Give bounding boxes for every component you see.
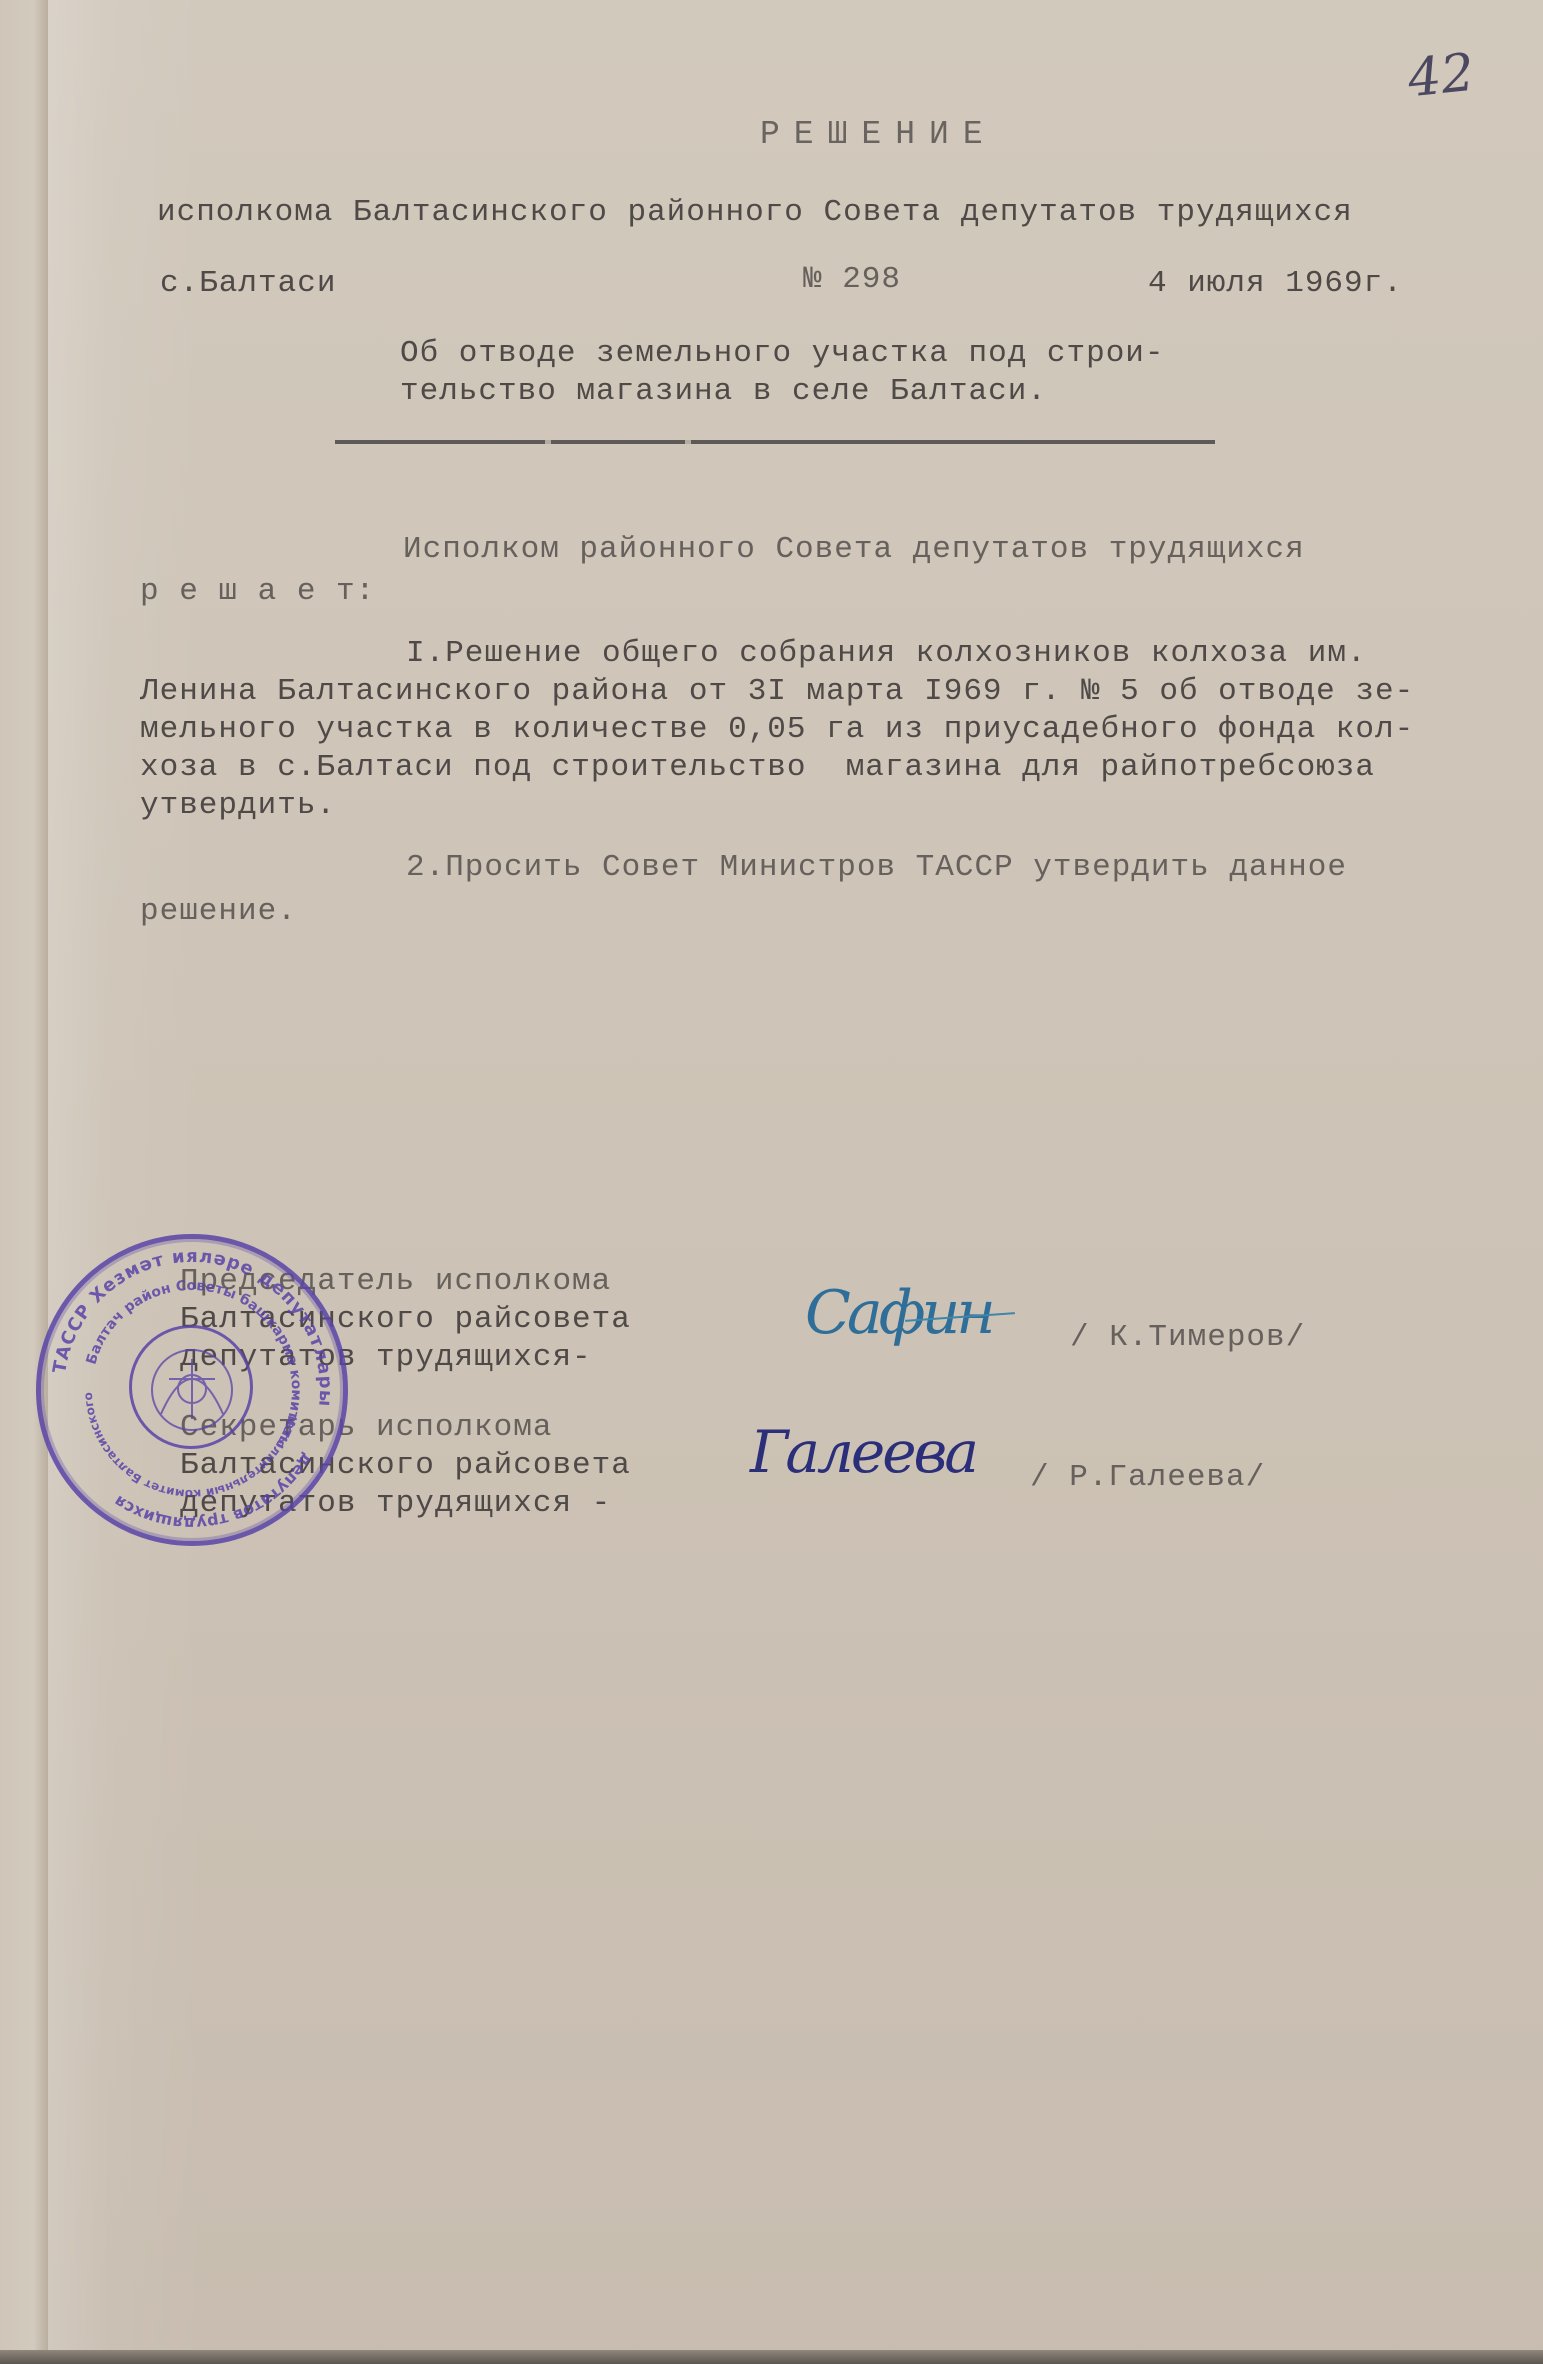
- item1-line-5: утвердить.: [140, 788, 336, 823]
- preamble-line-2: р е ш а е т:: [140, 574, 375, 609]
- document-title: РЕШЕНИЕ: [760, 116, 997, 153]
- folio-number: 42: [1405, 43, 1477, 110]
- signer2-name: / Р.Галеева/: [1030, 1460, 1265, 1495]
- signer1-name: / К.Тимеров/: [1070, 1320, 1305, 1355]
- signature-2-handwritten: Галеева: [750, 1418, 976, 1486]
- preamble-line-1: Исполком районного Совета депутатов труд…: [403, 532, 1305, 567]
- underlying-page-edge: [0, 0, 49, 2364]
- subject-line-2: тельство магазина в селе Балтаси.: [400, 374, 1047, 409]
- official-seal-stamp: ТАССР Хезмәт ияләре депутатлары депутато…: [36, 1234, 348, 1546]
- item1-line-1: I.Решение общего собрания колхозников ко…: [406, 636, 1367, 671]
- separator-rule: [335, 440, 1215, 444]
- decision-date: 4 июля 1969г.: [1148, 266, 1403, 301]
- item2-line-2: решение.: [140, 894, 297, 929]
- subject-line-1: Об отводе земельного участка под строи-: [400, 336, 1165, 371]
- signature-1-handwritten: Сафин: [805, 1278, 992, 1348]
- seal-inner-ring: [129, 1325, 253, 1449]
- item1-line-4: хоза в с.Балтаси под строительство магаз…: [140, 750, 1375, 785]
- issuer-line: исполкома Балтасинского районного Совета…: [157, 195, 1353, 230]
- place: с.Балтаси: [160, 266, 336, 301]
- item1-line-2: Ленина Балтасинского района от 3I марта …: [140, 674, 1414, 709]
- item1-line-3: мельного участка в количестве 0,05 га из…: [140, 712, 1414, 747]
- page-bottom-edge: [0, 2350, 1543, 2364]
- decision-number: № 298: [803, 262, 901, 297]
- item2-line-1: 2.Просить Совет Министров ТАССР утвердит…: [406, 850, 1347, 885]
